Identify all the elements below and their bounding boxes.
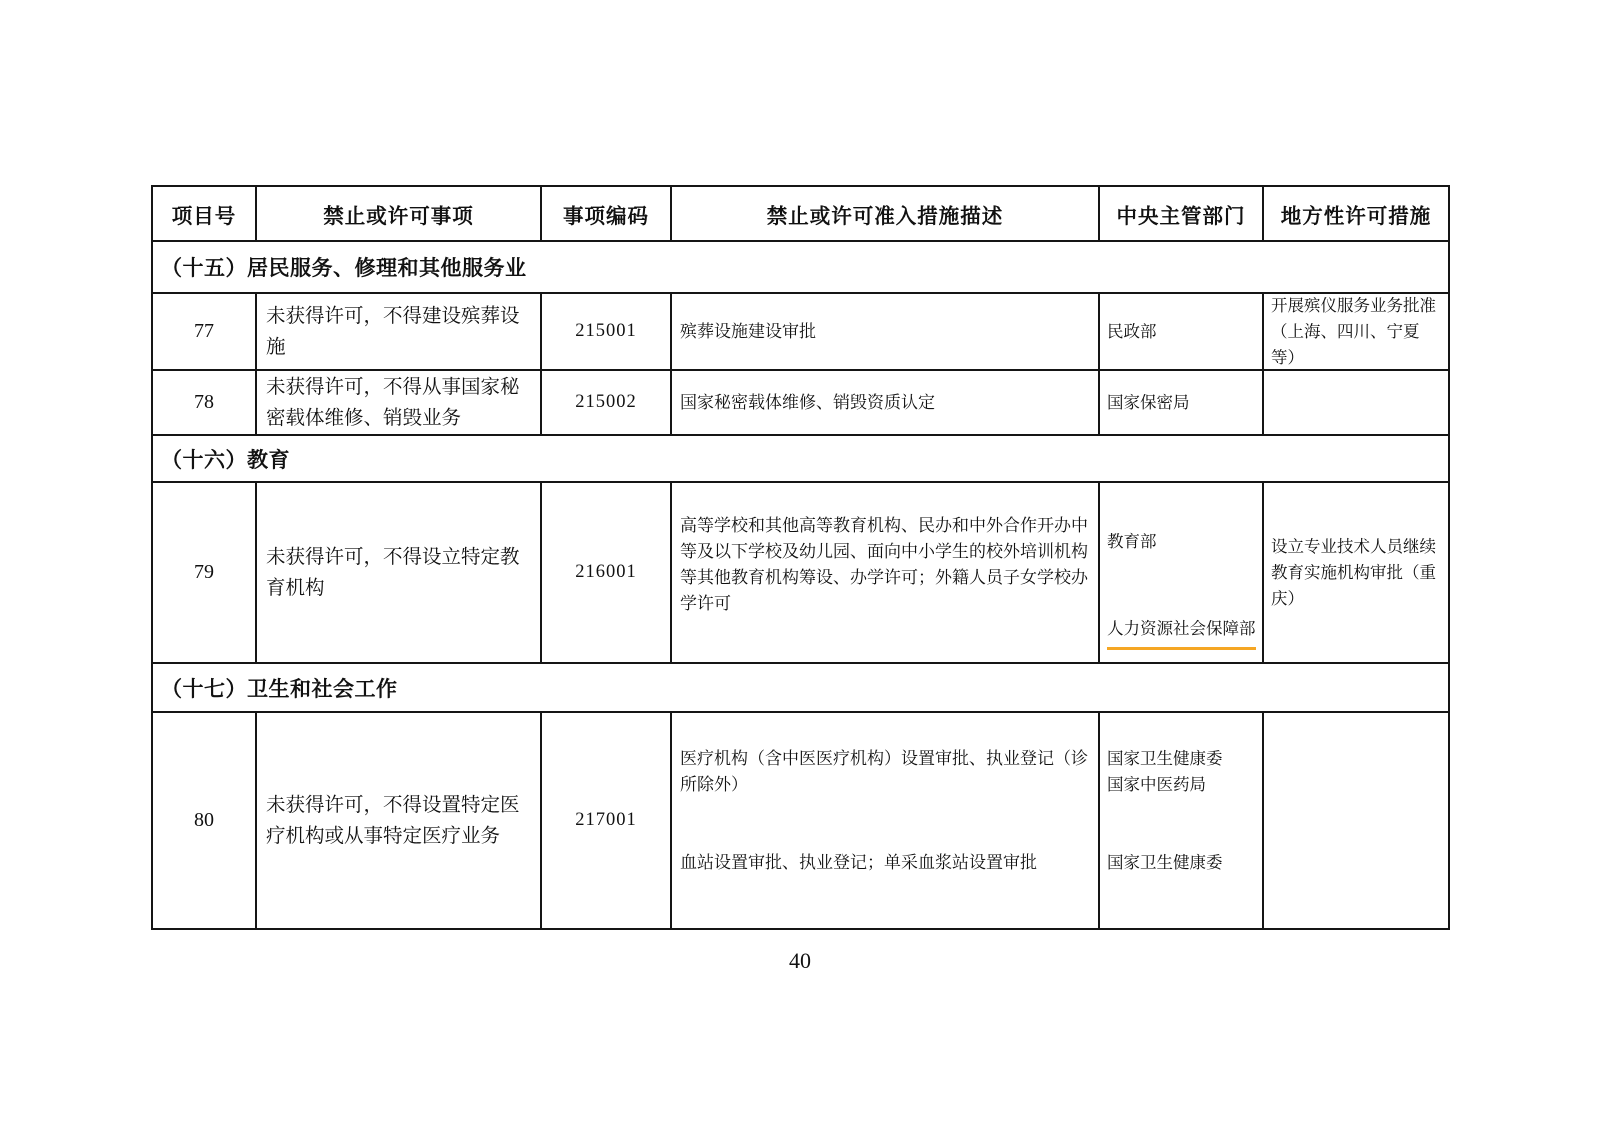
measure-description: 医疗机构（含中医医疗机构）设置审批、执业登记（诊 所除外） 血站设置审批、执业登… [672, 713, 1100, 928]
local-measure [1264, 371, 1448, 434]
orange-underline: 人力资源社会保障部 [1107, 616, 1256, 650]
department-name: 民政部 [1107, 319, 1258, 345]
local-measure [1264, 713, 1448, 928]
central-department: 国家卫生健康委 国家中医药局 国家卫生健康委 国家卫生健康委 国家卫生健康委 [1100, 713, 1264, 928]
document-page: 项目号 禁止或许可事项 事项编码 禁止或许可准入措施描述 中央主管部门 地方性许… [0, 0, 1600, 1130]
section-label: （十七）卫生和社会工作 [153, 673, 398, 703]
measure-paragraph: 殡葬设施建设审批 [680, 319, 1090, 345]
measure-description: 高等学校和其他高等教育机构、民办和中外合作开办中 等及以下学校及幼儿园、面向中小… [672, 483, 1100, 662]
local-measure: 开展殡仪服务业务批准 （上海、四川、宁夏 等） [1264, 294, 1448, 369]
measure-paragraph: 高等学校和其他高等教育机构、民办和中外合作开办中 等及以下学校及幼儿园、面向中小… [680, 513, 1090, 617]
header-central-department: 中央主管部门 [1100, 187, 1264, 240]
header-local-measures: 地方性许可措施 [1264, 187, 1448, 240]
item-name: 未获得许可，不得建设殡葬设 施 [257, 294, 542, 369]
item-code: 215002 [542, 371, 672, 434]
measure-description: 国家秘密载体维修、销毁资质认定 [672, 371, 1100, 434]
central-department: 教育部 人力资源社会保障部 [1100, 483, 1264, 662]
table-row-77: 77 未获得许可，不得建设殡葬设 施 215001 殡葬设施建设审批 民政部 开… [153, 294, 1448, 371]
item-code: 217001 [542, 713, 672, 928]
local-measure: 设立专业技术人员继续 教育实施机构审批（重 庆） [1264, 483, 1448, 662]
section-row-15: （十五）居民服务、修理和其他服务业 [153, 242, 1448, 294]
measure-paragraph: 医疗机构（含中医医疗机构）设置审批、执业登记（诊 所除外） [680, 746, 1090, 798]
item-code: 216001 [542, 483, 672, 662]
central-department: 民政部 [1100, 294, 1264, 369]
department-name: 国家卫生健康委 国家中医药局 [1107, 746, 1258, 798]
section-row-17: （十七）卫生和社会工作 [153, 664, 1448, 713]
page-number: 40 [0, 948, 1600, 974]
section-label: （十六）教育 [153, 444, 290, 474]
table-header-row: 项目号 禁止或许可事项 事项编码 禁止或许可准入措施描述 中央主管部门 地方性许… [153, 187, 1448, 242]
table-row-78: 78 未获得许可，不得从事国家秘 密载体维修、销毁业务 215002 国家秘密载… [153, 371, 1448, 436]
department-name: 教育部 [1107, 529, 1258, 555]
header-item-code: 事项编码 [542, 187, 672, 240]
measure-paragraph: 血站设置审批、执业登记；单采血浆站设置审批 [680, 850, 1090, 876]
item-number: 78 [153, 371, 257, 434]
header-item-number: 项目号 [153, 187, 257, 240]
header-measure-description: 禁止或许可准入措施描述 [672, 187, 1100, 240]
item-number: 80 [153, 713, 257, 928]
department-name-underlined: 人力资源社会保障部 [1107, 616, 1258, 650]
item-number: 79 [153, 483, 257, 662]
section-row-16: （十六）教育 [153, 436, 1448, 483]
department-name: 国家保密局 [1107, 390, 1258, 416]
negative-list-table: 项目号 禁止或许可事项 事项编码 禁止或许可准入措施描述 中央主管部门 地方性许… [151, 185, 1450, 930]
item-number: 77 [153, 294, 257, 369]
department-name: 国家卫生健康委 [1107, 850, 1258, 876]
section-label: （十五）居民服务、修理和其他服务业 [153, 252, 527, 282]
measure-paragraph: 国家秘密载体维修、销毁资质认定 [680, 390, 1090, 416]
central-department: 国家保密局 [1100, 371, 1264, 434]
item-name: 未获得许可，不得从事国家秘 密载体维修、销毁业务 [257, 371, 542, 434]
item-name: 未获得许可，不得设置特定医 疗机构或从事特定医疗业务 [257, 713, 542, 928]
measure-description: 殡葬设施建设审批 [672, 294, 1100, 369]
table-row-80: 80 未获得许可，不得设置特定医 疗机构或从事特定医疗业务 217001 医疗机… [153, 713, 1448, 928]
item-code: 215001 [542, 294, 672, 369]
item-name: 未获得许可，不得设立特定教 育机构 [257, 483, 542, 662]
table-row-79: 79 未获得许可，不得设立特定教 育机构 216001 高等学校和其他高等教育机… [153, 483, 1448, 664]
header-prohibited-item: 禁止或许可事项 [257, 187, 542, 240]
